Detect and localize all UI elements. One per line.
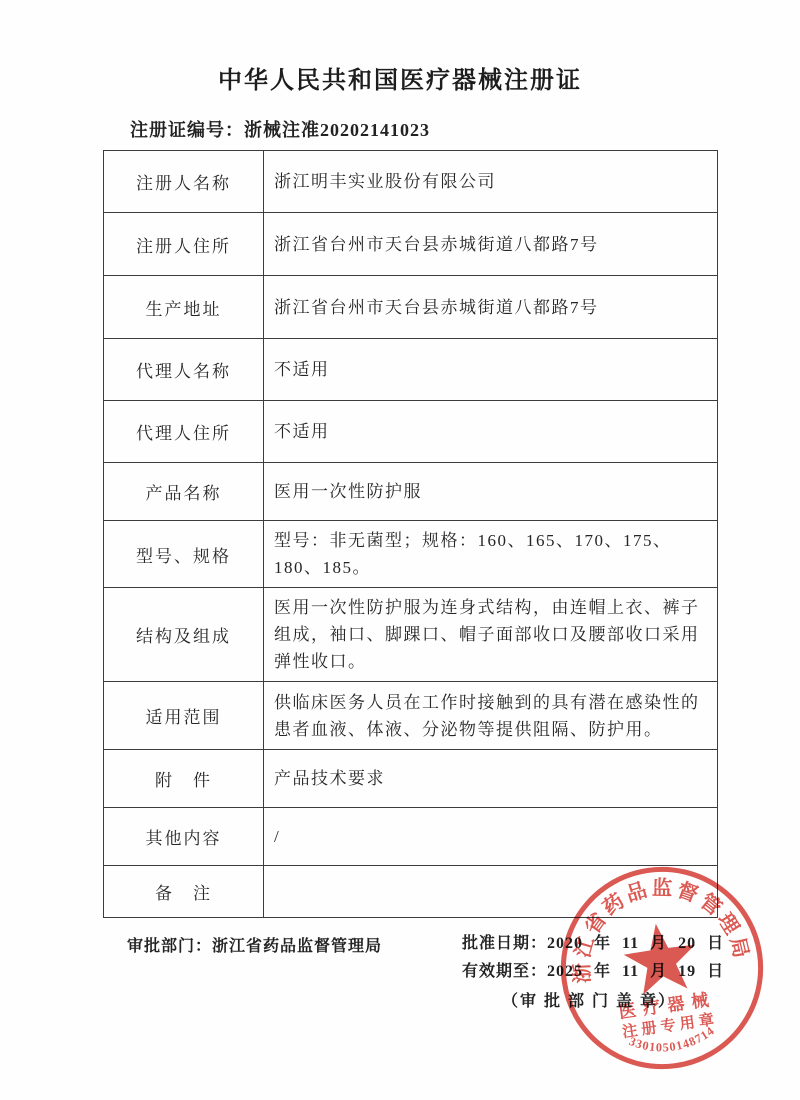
row-label: 型号、规格 [104,521,264,588]
certificate-page: 中华人民共和国医疗器械注册证 注册证编号：浙械注准20202141023 注册人… [0,0,800,1100]
table-row: 生产地址 浙江省台州市天台县赤城街道八都路7号 [104,276,718,339]
footer-dates: 批准日期：2020 年 11 月 20 日 有效期至：2025 年 11 月 1… [462,930,724,986]
table-row: 注册人住所 浙江省台州市天台县赤城街道八都路7号 [104,213,718,276]
row-value: 医用一次性防护服为连身式结构，由连帽上衣、裤子组成，袖口、脚踝口、帽子面部收口及… [264,588,718,682]
approval-date: 批准日期：2020 年 11 月 20 日 [462,930,724,958]
row-value: 浙江明丰实业股份有限公司 [264,151,718,213]
table-row: 注册人名称 浙江明丰实业股份有限公司 [104,151,718,213]
row-label: 注册人名称 [104,151,264,213]
row-value: 浙江省台州市天台县赤城街道八都路7号 [264,276,718,339]
seal-inner-line2: 注册专用章 [621,1010,719,1041]
row-value: 供临床医务人员在工作时接触到的具有潜在感染性的患者血液、体液、分泌物等提供阻隔、… [264,682,718,750]
approval-department: 审批部门：浙江省药品监督管理局 [127,933,382,956]
seal-number: 3301050148714 [625,1022,719,1060]
row-value: 不适用 [264,339,718,401]
row-label: 代理人名称 [104,339,264,401]
row-label: 附 件 [104,750,264,808]
row-label: 备 注 [104,866,264,918]
row-label: 产品名称 [104,463,264,521]
row-value: 产品技术要求 [264,750,718,808]
row-label: 生产地址 [104,276,264,339]
row-value [264,866,718,918]
certificate-table: 注册人名称 浙江明丰实业股份有限公司 注册人住所 浙江省台州市天台县赤城街道八都… [103,150,718,918]
row-value: 浙江省台州市天台县赤城街道八都路7号 [264,213,718,276]
row-label: 注册人住所 [104,213,264,276]
row-label: 其他内容 [104,808,264,866]
row-label: 适用范围 [104,682,264,750]
row-value: 医用一次性防护服 [264,463,718,521]
seal-note: （审 批 部 门 盖 章） [502,988,676,1011]
valid-until-date: 有效期至：2025 年 11 月 19 日 [462,958,724,986]
row-value: / [264,808,718,866]
page-title: 中华人民共和国医疗器械注册证 [0,60,800,95]
table-row: 代理人名称 不适用 [104,339,718,401]
row-label: 代理人住所 [104,401,264,463]
table-row: 代理人住所 不适用 [104,401,718,463]
table-row: 备 注 [104,866,718,918]
row-value: 型号：非无菌型；规格：160、165、170、175、180、185。 [264,521,718,588]
table-row: 附 件 产品技术要求 [104,750,718,808]
table-row: 其他内容 / [104,808,718,866]
table-row: 结构及组成 医用一次性防护服为连身式结构，由连帽上衣、裤子组成，袖口、脚踝口、帽… [104,588,718,682]
row-value: 不适用 [264,401,718,463]
svg-text:3301050148714: 3301050148714 [625,1022,719,1060]
table-row: 型号、规格 型号：非无菌型；规格：160、165、170、175、180、185… [104,521,718,588]
registration-number: 注册证编号：浙械注准20202141023 [130,116,430,142]
table-row: 适用范围 供临床医务人员在工作时接触到的具有潜在感染性的患者血液、体液、分泌物等… [104,682,718,750]
table-row: 产品名称 医用一次性防护服 [104,463,718,521]
row-label: 结构及组成 [104,588,264,682]
